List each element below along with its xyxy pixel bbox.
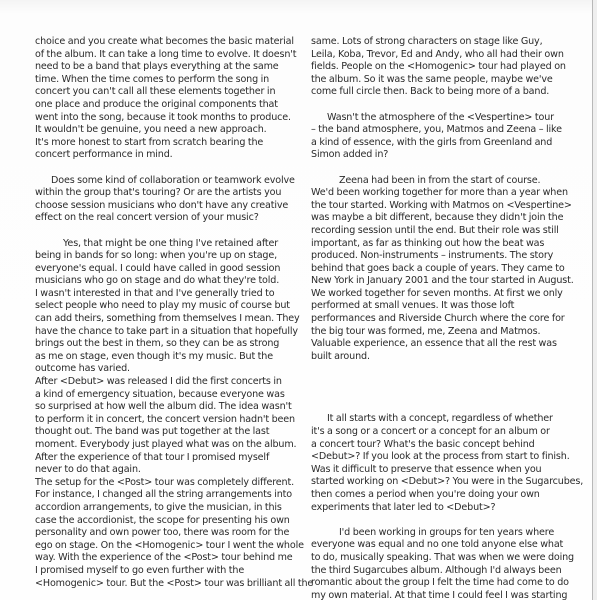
text-line: Was it difficult to preserve that essenc… [311, 464, 576, 477]
text-line: thought out. The band was put together a… [35, 426, 297, 439]
text-line: started working on <Debut>? You were in … [311, 476, 576, 489]
text-line: produced. Non-instruments – instruments.… [311, 250, 576, 263]
text-line: It wouldn't be genuine, you need a new a… [35, 124, 297, 137]
text-line: I wasn't interested in that and I've gen… [35, 288, 297, 301]
text-line: New York in January 2001 and the tour st… [311, 275, 576, 288]
answer-paragraph: Yes, that might be one thing I've retain… [35, 238, 297, 591]
text-line: – the band atmosphere, you, Matmos and Z… [311, 124, 576, 137]
text-line: need to be a band that plays everything … [35, 61, 297, 74]
text-line: being in bands for so long: when you're … [35, 250, 297, 263]
text-line: We worked together for seven months. At … [311, 288, 576, 301]
text-line: We'd been working together for more than… [311, 187, 576, 200]
text-line: Does some kind of collaboration or teamw… [35, 175, 297, 188]
text-line: within the group that's touring? Or are … [35, 187, 297, 200]
text-line: fields. People on the <Homogenic> tour h… [311, 61, 576, 74]
text-line: as me on stage, even though it's my musi… [35, 351, 297, 364]
text-line: it's a song or a concert or a concept fo… [311, 426, 576, 439]
text-line: moment. Everybody just played what was o… [35, 439, 297, 452]
text-line: can add theirs, something from themselve… [35, 313, 297, 326]
text-line: case the accordionist, the scope for pre… [35, 515, 297, 528]
text-line: romantic about the group I felt the time… [311, 577, 576, 590]
text-line: After the experience of that tour I prom… [35, 452, 297, 465]
text-line: outcome has varied. [35, 363, 297, 376]
left-column: choice and you create what becomes the b… [35, 36, 297, 590]
text-line: of the album. It can take a long time to… [35, 49, 297, 62]
text-line: behind that goes back a couple of years.… [311, 263, 576, 276]
question-paragraph: Does some kind of collaboration or teamw… [35, 175, 297, 225]
text-line: After <Debut> was released I did the fir… [35, 376, 297, 389]
page-edge-line [592, 0, 593, 600]
text-line: a kind of emergency situation, because e… [35, 389, 297, 402]
text-line: The setup for the <Post> tour was comple… [35, 477, 297, 490]
text-line: then comes a period when you're doing yo… [311, 489, 576, 502]
text-line: built around. [311, 351, 576, 364]
text-line: to do, musically speaking. That was when… [311, 552, 576, 565]
text-line: performed at small venues. It was those … [311, 300, 576, 313]
text-line: experiments that later led to <Debut>? [311, 502, 576, 515]
text-line: same. Lots of strong characters on stage… [311, 36, 576, 49]
text-line: everyone was equal and no one told anyon… [311, 539, 576, 552]
text-line: Valuable experience, an essence that all… [311, 338, 576, 351]
paragraph-continued: same. Lots of strong characters on stage… [311, 36, 576, 99]
text-line: never to do that again. [35, 464, 297, 477]
text-line: Wasn't the atmosphere of the <Vespertine… [311, 112, 576, 125]
text-line: I promised myself to go even further wit… [35, 565, 297, 578]
text-line: the third Sugarcubes album. Although I'd… [311, 565, 576, 578]
question-paragraph: It all starts with a concept, regardless… [311, 413, 576, 514]
text-line: Yes, that might be one thing I've retain… [35, 238, 297, 251]
text-line: choice and you create what becomes the b… [35, 36, 297, 49]
text-line: Simon added in? [311, 149, 576, 162]
text-line: way. With the experience of the <Post> t… [35, 552, 297, 565]
text-line: musicians who go on stage and do what th… [35, 275, 297, 288]
text-line: important, as far as thinking out how th… [311, 238, 576, 251]
text-line: concert performance in mind. [35, 149, 297, 162]
text-line: select people who need to play my music … [35, 300, 297, 313]
text-line: personality and own power too, there was… [35, 527, 297, 540]
text-line: For instance, I changed all the string a… [35, 489, 297, 502]
text-line: a kind of essence, with the girls from G… [311, 137, 576, 150]
page-edge-shade [593, 0, 597, 600]
answer-paragraph: Zeena had been in from the start of cour… [311, 175, 576, 364]
text-line: one place and produce the original compo… [35, 99, 297, 112]
text-line: It all starts with a concept, regardless… [311, 413, 576, 426]
text-line: the album. So it was the same people, ma… [311, 74, 576, 87]
text-line: performances and Riverside Church where … [311, 313, 576, 326]
text-line: was maybe a bit different, because they … [311, 212, 576, 225]
right-column: same. Lots of strong characters on stage… [311, 36, 576, 600]
text-line: a concert tour? What's the basic concept… [311, 439, 576, 452]
text-line: time. When the time comes to perform the… [35, 74, 297, 87]
text-line: recording session until the end. But the… [311, 225, 576, 238]
text-line: the tour started. Working with Matmos on… [311, 200, 576, 213]
text-line: have the chance to take part in a situat… [35, 326, 297, 339]
answer-paragraph: I'd been working in groups for ten years… [311, 527, 576, 600]
question-paragraph: Wasn't the atmosphere of the <Vespertine… [311, 112, 576, 162]
paragraph-continued: choice and you create what becomes the b… [35, 36, 297, 162]
text-line: effect on the real concert version of yo… [35, 212, 297, 225]
text-line: ego on stage. On the <Homogenic> tour I … [35, 540, 297, 553]
text-line: It's more honest to start from scratch b… [35, 137, 297, 150]
text-line: I'd been working in groups for ten years… [311, 527, 576, 540]
text-line: to perform it in concert, the concert ve… [35, 414, 297, 427]
text-line: <Homogenic> tour. But the <Post> tour wa… [35, 578, 297, 591]
booklet-page: choice and you create what becomes the b… [0, 0, 597, 600]
text-line: went into the song, because it took mont… [35, 112, 297, 125]
text-line: so surprised at how well the album did. … [35, 401, 297, 414]
text-line: brings out the best in them, so they can… [35, 338, 297, 351]
text-line: the big tour was formed, me, Zeena and M… [311, 326, 576, 339]
text-line: everyone's equal. I could have called in… [35, 263, 297, 276]
text-line: my own material. At that time I could fe… [311, 590, 576, 600]
text-line: <Debut>? If you look at the process from… [311, 451, 576, 464]
text-line: come full circle then. Back to being mor… [311, 86, 576, 99]
text-line: concert you can't call all these element… [35, 86, 297, 99]
text-line: accordion arrangements, to give the musi… [35, 502, 297, 515]
text-line: choose session musicians who don't have … [35, 200, 297, 213]
text-line: Zeena had been in from the start of cour… [311, 175, 576, 188]
text-line: Leila, Koba, Trevor, Ed and Andy, who al… [311, 49, 576, 62]
